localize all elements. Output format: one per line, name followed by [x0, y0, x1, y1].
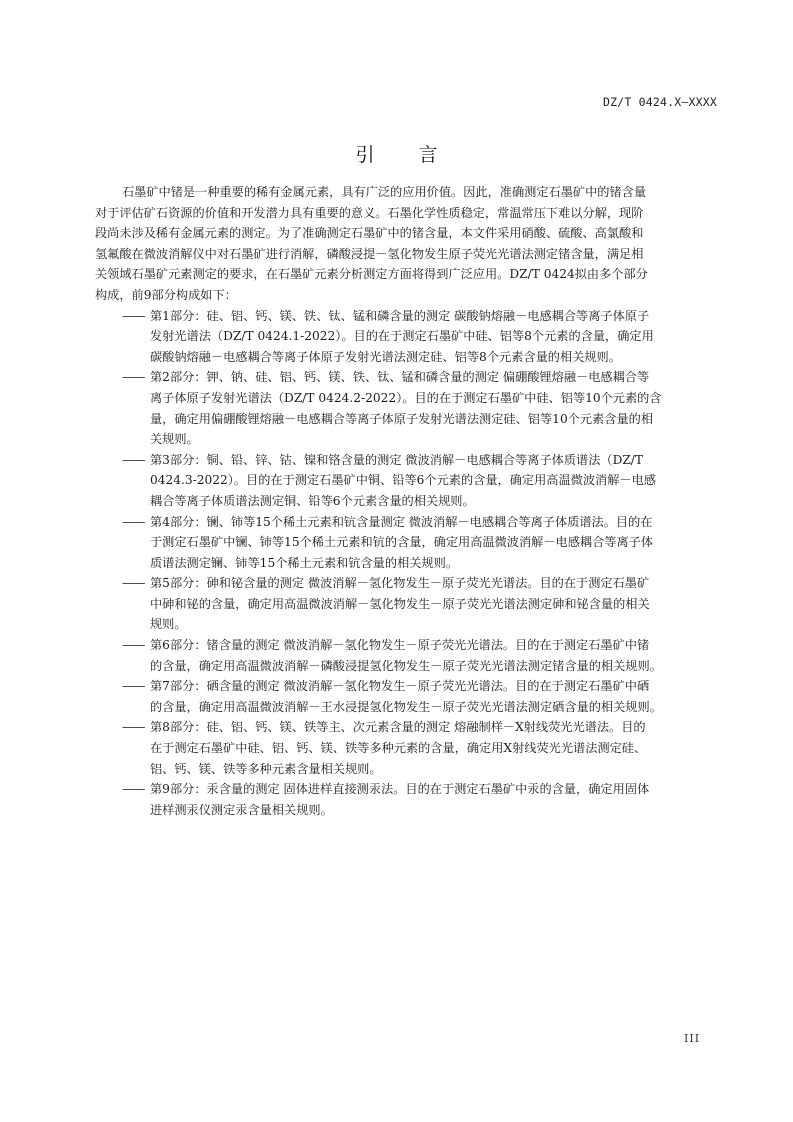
text-line: 中砷和铋的含量，确定用高温微波消解－氢化物发生－原子荧光光谱法测定砷和铋含量的相… [95, 594, 725, 615]
intro-paragraph: 石墨矿中锗是一种重要的稀有金属元素，具有广泛的应用价值。因此，准确测定石墨矿中的… [95, 182, 725, 306]
list-item-part-4: ——第4部分：镧、铈等15个稀土元素和钪含量测定 微波消解－电感耦合等离子体质谱… [95, 512, 725, 574]
title-char-2: 言 [419, 140, 438, 167]
list-item-part-1: ——第1部分：硅、铝、钙、镁、铁、钛、锰和磷含量的测定 碳酸钠熔融－电感耦合等离… [95, 306, 725, 368]
text-line: 石墨矿中锗是一种重要的稀有金属元素，具有广泛的应用价值。因此，准确测定石墨矿中的… [95, 182, 725, 203]
text-line: 关规则。 [95, 429, 725, 450]
title-char-1: 引 [355, 140, 374, 167]
text-line: 铝、钙、镁、铁等多种元素含量相关规则。 [95, 759, 725, 780]
text-line: 第7部分：硒含量的测定 微波消解－氢化物发生－原子荧光光谱法。目的在于测定石墨矿… [150, 679, 649, 693]
text-line: 规则。 [95, 614, 725, 635]
text-line: 碳酸钠熔融－电感耦合等离子体原子发射光谱法测定硅、铝等8个元素含量的相关规则。 [95, 347, 725, 368]
page-title: 引言 [0, 140, 793, 167]
em-dash: —— [122, 779, 150, 800]
list-item-part-8: ——第8部分：硅、铝、钙、镁、铁等主、次元素含量的测定 熔融制样－X射线荧光光谱… [95, 717, 725, 779]
text-line: 于测定石墨矿中镧、铈等15个稀土元素和钪的含量，确定用高温微波消解－电感耦合等离… [95, 532, 725, 553]
list-item-part-5: ——第5部分：砷和铋含量的测定 微波消解－氢化物发生－原子荧光光谱法。目的在于测… [95, 573, 725, 635]
text-line: 发射光谱法（DZ/T 0424.1-2022）。目的在于测定石墨矿中硅、铝等8个… [95, 326, 725, 347]
text-line: 的含量，确定用高温微波消解－王水浸提氢化物发生－原子荧光光谱法测定硒含量的相关规… [95, 697, 725, 718]
em-dash: —— [122, 450, 150, 471]
text-line: 第9部分：汞含量的测定 固体进样直接测汞法。目的在于测定石墨矿中汞的含量，确定用… [150, 782, 649, 796]
text-line: 进样测汞仪测定汞含量相关规则。 [95, 800, 725, 821]
text-line: 在于测定石墨矿中硅、铝、钙、镁、铁等多种元素的含量，确定用X射线荧光光谱法测定硅… [95, 738, 725, 759]
list-item-part-6: ——第6部分：锗含量的测定 微波消解－氢化物发生－原子荧光光谱法。目的在于测定石… [95, 635, 725, 676]
text-line: 构成，前9部分构成如下： [95, 285, 725, 306]
em-dash: —— [122, 676, 150, 697]
text-line: 第6部分：锗含量的测定 微波消解－氢化物发生－原子荧光光谱法。目的在于测定石墨矿… [150, 638, 649, 652]
text-line: 第1部分：硅、铝、钙、镁、铁、钛、锰和磷含量的测定 碳酸钠熔融－电感耦合等离子体… [150, 309, 649, 323]
text-line: 第2部分：钾、钠、硅、铝、钙、镁、铁、钛、锰和磷含量的测定 偏硼酸锂熔融－电感耦… [150, 370, 649, 384]
em-dash: —— [122, 367, 150, 388]
em-dash: —— [122, 573, 150, 594]
list-item-part-9: ——第9部分：汞含量的测定 固体进样直接测汞法。目的在于测定石墨矿中汞的含量，确… [95, 779, 725, 820]
text-line: 的含量，确定用高温微波消解－磷酸浸提氢化物发生－原子荧光光谱法测定锗含量的相关规… [95, 656, 725, 677]
text-line: 第8部分：硅、铝、钙、镁、铁等主、次元素含量的测定 熔融制样－X射线荧光光谱法。… [150, 720, 646, 734]
text-line: 耦合等离子体质谱法测定铜、铅等6个元素含量的相关规则。 [95, 491, 725, 512]
em-dash: —— [122, 635, 150, 656]
text-line: 第5部分：砷和铋含量的测定 微波消解－氢化物发生－原子荧光光谱法。目的在于测定石… [150, 576, 649, 590]
text-line: 第3部分：铜、铅、锌、钴、镍和铬含量的测定 微波消解－电感耦合等离子体质谱法（D… [150, 453, 643, 467]
page-number: III [684, 1032, 700, 1045]
text-line: 段尚未涉及稀有金属元素的测定。为了准确测定石墨矿中的锗含量，本文件采用硝酸、硫酸… [95, 223, 725, 244]
text-line: 第4部分：镧、铈等15个稀土元素和钪含量测定 微波消解－电感耦合等离子体质谱法。… [150, 515, 652, 529]
list-item-part-2: ——第2部分：钾、钠、硅、铝、钙、镁、铁、钛、锰和磷含量的测定 偏硼酸锂熔融－电… [95, 367, 725, 449]
text-line: 质谱法测定镧、铈等15个稀土元素和钪含量的相关规则。 [95, 553, 725, 574]
document-body: 石墨矿中锗是一种重要的稀有金属元素，具有广泛的应用价值。因此，准确测定石墨矿中的… [95, 182, 725, 820]
list-item-part-7: ——第7部分：硒含量的测定 微波消解－氢化物发生－原子荧光光谱法。目的在于测定石… [95, 676, 725, 717]
text-line: 0424.3-2022）。目的在于测定石墨矿中铜、铅等6个元素的含量，确定用高温… [95, 470, 725, 491]
text-line: 对于评估矿石资源的价值和开发潜力具有重要的意义。石墨化学性质稳定，常温常压下难以… [95, 203, 725, 224]
text-line: 关领域石墨矿元素测定的要求，在石墨矿元素分析测定方面将得到广泛应用。DZ/T 0… [95, 264, 725, 285]
list-item-part-3: ——第3部分：铜、铅、锌、钴、镍和铬含量的测定 微波消解－电感耦合等离子体质谱法… [95, 450, 725, 512]
text-line: 量，确定用偏硼酸锂熔融－电感耦合等离子体原子发射光谱法测定硅、铝等10个元素含量… [95, 409, 725, 430]
document-code: DZ/T 0424.X—XXXX [603, 95, 717, 109]
parts-list: ——第1部分：硅、铝、钙、镁、铁、钛、锰和磷含量的测定 碳酸钠熔融－电感耦合等离… [95, 306, 725, 821]
em-dash: —— [122, 306, 150, 327]
em-dash: —— [122, 512, 150, 533]
text-line: 氢氟酸在微波消解仪中对石墨矿进行消解，磷酸浸提－氢化物发生原子荧光光谱法测定锗含… [95, 244, 725, 265]
text-line: 离子体原子发射光谱法（DZ/T 0424.2-2022）。目的在于测定石墨矿中硅… [95, 388, 725, 409]
em-dash: —— [122, 717, 150, 738]
